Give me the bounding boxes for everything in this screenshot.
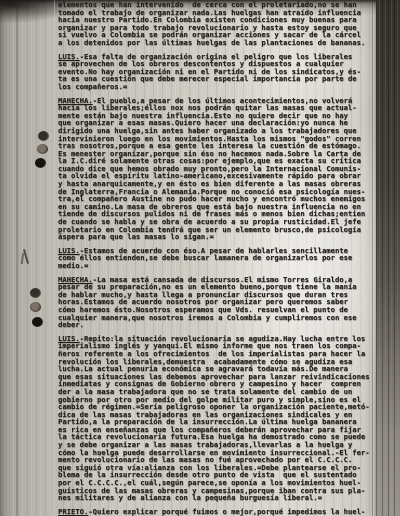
scanned-page: elementos que han intervenido de cerca c… (0, 0, 400, 516)
punch-hole (37, 144, 48, 154)
fold-line-left (16, 0, 18, 516)
text-line: áspera para que las masas lo sigan.= (58, 233, 384, 241)
punch-hole (30, 302, 41, 312)
text-line: medio.= (58, 262, 384, 270)
typewritten-text: elementos que han intervenido de cerca c… (58, 1, 384, 516)
punch-hole (32, 317, 43, 327)
paragraph: LUIS.-Repito:la situación revolucionaria… (58, 335, 384, 502)
line-text: -Quiero explicar porqué fuimos o mejor,p… (88, 507, 365, 516)
text-line: PRIETO.-Quiero explicar porqué fuimos o … (58, 508, 384, 516)
paragraph: MAHECHA.-La masa está cansada de discurs… (58, 276, 384, 329)
punch-hole (35, 158, 46, 168)
text-line: nes militares y de alianza con la pequeñ… (58, 494, 384, 502)
speaker-name: PRIETO. (58, 507, 88, 516)
text-line: cualquier manera,que nosotros iremos a C… (58, 314, 384, 322)
paragraph: LUIS.-Esa falta de organización origina … (58, 53, 384, 91)
text-line: deber. (58, 321, 384, 329)
punch-hole (30, 288, 41, 298)
text-line: a los detenidos por las últimas huelgas … (58, 39, 384, 47)
text-line: los compañeros.= (58, 83, 384, 91)
text-line: como éllos entienden,se debe buscar lama… (58, 254, 384, 262)
punch-hole (38, 131, 49, 141)
fold-line-margin (54, 0, 55, 516)
paragraph: LUIS.-Estamos de acuerdo con éso.A pesar… (58, 247, 384, 270)
handwritten-mark (23, 249, 29, 264)
paragraph: MAHECHA.-El pueblo,a pesar de los último… (58, 97, 384, 241)
paragraph: elementos que han intervenido de cerca c… (58, 1, 384, 47)
paragraph: PRIETO.-Quiero explicar porqué fuimos o … (58, 508, 384, 516)
